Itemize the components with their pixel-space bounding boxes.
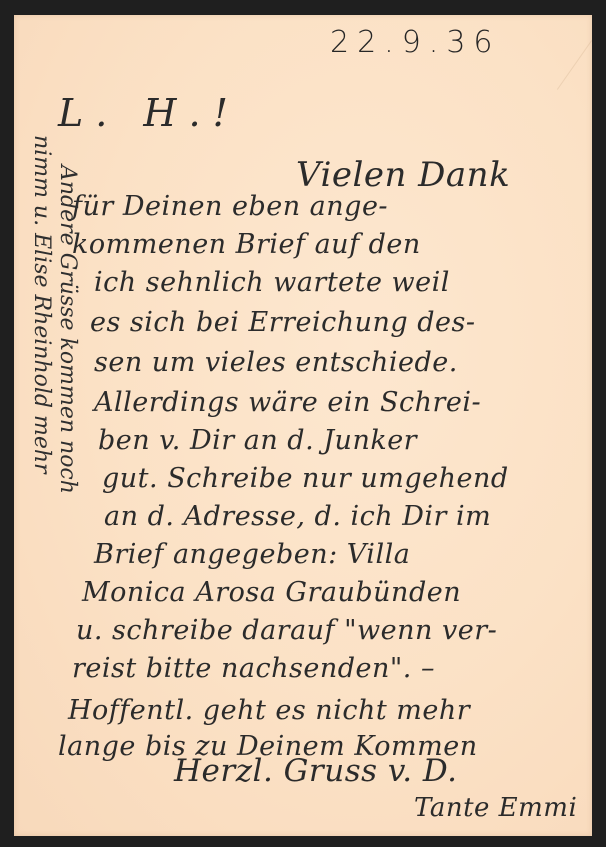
body-line: Monica Arosa Graubünden bbox=[82, 577, 461, 608]
body-line: ben v. Dir an d. Junker bbox=[98, 425, 417, 456]
postcard: 22.9.36 L. H.! Vielen Dank für Deinen eb… bbox=[14, 15, 592, 836]
body-line: u. schreibe darauf "wenn ver- bbox=[76, 615, 497, 646]
body-line: gut. Schreibe nur umgehend bbox=[102, 463, 509, 494]
body-line: reist bitte nachsenden". – bbox=[72, 653, 435, 684]
scan-frame: 22.9.36 L. H.! Vielen Dank für Deinen eb… bbox=[0, 0, 606, 847]
body-line: an d. Adresse, d. ich Dir im bbox=[104, 501, 491, 532]
margin-note-outer: nimm u. Elise Rheinhold mehr bbox=[29, 135, 54, 474]
opening-line: Vielen Dank bbox=[296, 155, 510, 195]
closing-greeting: Herzl. Gruss v. D. bbox=[174, 753, 458, 789]
paper-crease bbox=[557, 40, 592, 90]
body-line: sen um vieles entschiede. bbox=[94, 347, 458, 378]
body-line: ich sehnlich wartete weil bbox=[94, 267, 450, 298]
body-line: es sich bei Erreichung des- bbox=[90, 307, 476, 338]
body-line: Hoffentl. geht es nicht mehr bbox=[68, 695, 470, 726]
salutation: L. H.! bbox=[58, 91, 240, 135]
body-line: Brief angegeben: Villa bbox=[94, 539, 410, 570]
body-line: für Deinen eben angе- bbox=[72, 191, 388, 222]
date: 22.9.36 bbox=[330, 25, 501, 60]
body-line: Allerdings wäre ein Schrei- bbox=[94, 387, 481, 418]
body-line: kommenen Brief auf den bbox=[72, 229, 421, 260]
margin-note-inner: Andere Grüsse kommen noch bbox=[55, 165, 80, 494]
signature: Tante Emmi bbox=[414, 793, 577, 823]
